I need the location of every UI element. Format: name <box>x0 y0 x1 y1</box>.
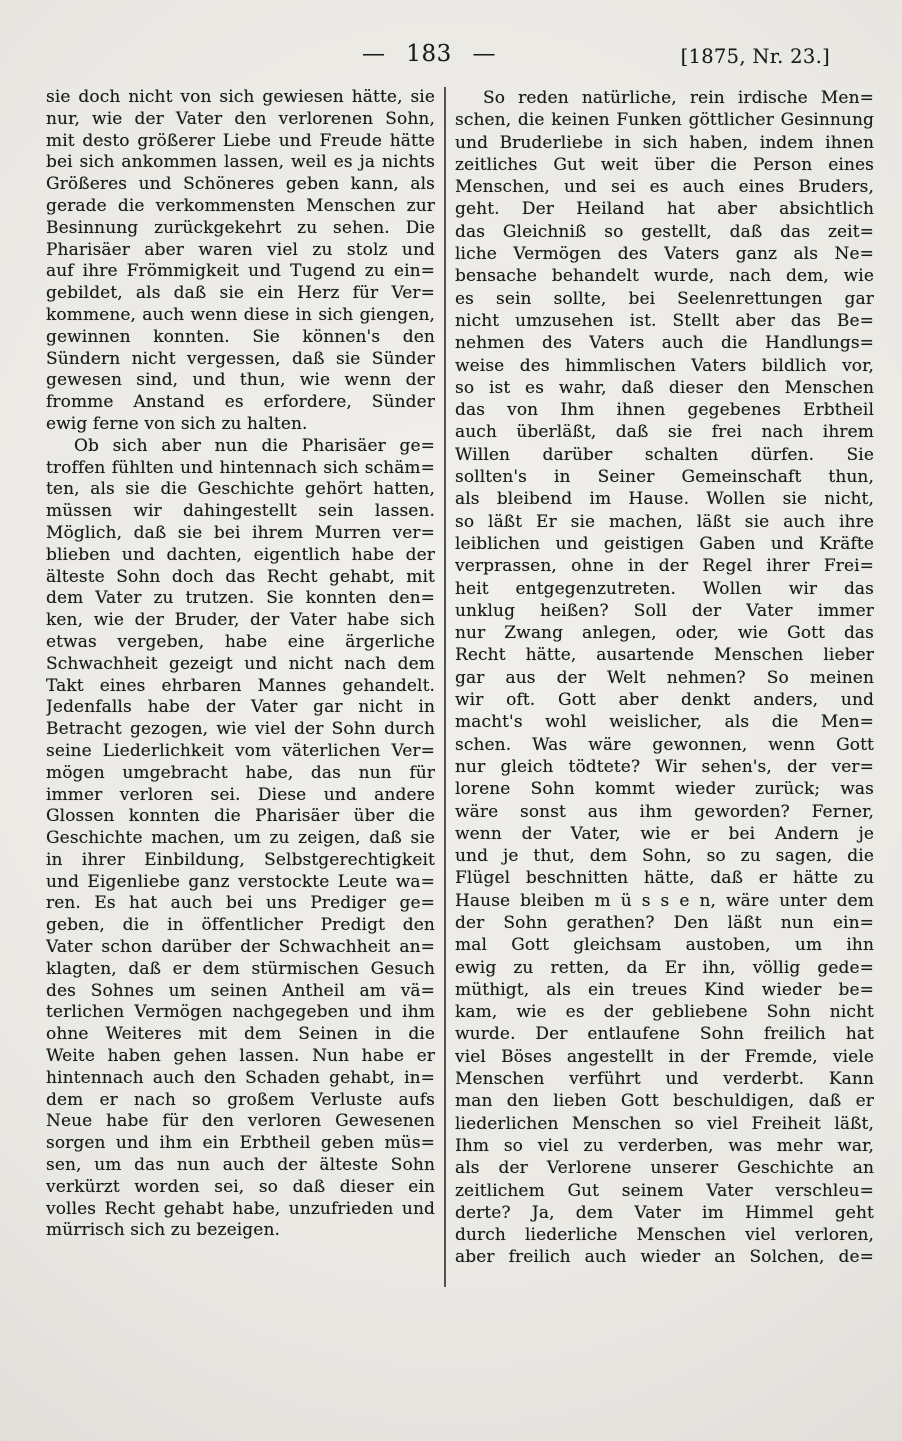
text-line: geben, die in öffentlicher Predigt den <box>46 915 435 937</box>
left-text-column: sie doch nicht von sich gewiesen hätte, … <box>46 87 435 1242</box>
text-line: Besinnung zurückgekehrt zu sehen. Die <box>46 218 435 240</box>
text-line: auf ihre Frömmigkeit und Tugend zu ein= <box>46 261 435 283</box>
text-line: liche Vermögen des Vaters ganz als Ne= <box>455 243 874 265</box>
text-line: das Gleichniß so gestellt, daß das zeit= <box>455 221 874 243</box>
text-line: fromme Anstand es erfordere, Sünder <box>46 392 435 414</box>
text-line: blieben und dachten, eigentlich habe der <box>46 545 435 567</box>
text-line: zeitlichem Gut seinem Vater verschleu= <box>455 1180 874 1202</box>
text-line: viel Böses angestellt in der Fremde, vie… <box>455 1046 874 1068</box>
text-line: wenn der Vater, wie er bei Andern je <box>455 823 874 845</box>
text-line: klagten, daß er dem stürmischen Gesuch <box>46 959 435 981</box>
text-line: und Eigenliebe ganz verstockte Leute wa= <box>46 872 435 894</box>
text-line: schen. Was wäre gewonnen, wenn Gott <box>455 734 874 756</box>
text-line: Geschichte machen, um zu zeigen, daß sie <box>46 828 435 850</box>
text-line: mögen umgebracht habe, das nun für <box>46 763 435 785</box>
text-line: seine Liederlichkeit vom väterlichen Ver… <box>46 741 435 763</box>
text-line: lorene Sohn kommt wieder zurück; was <box>455 778 874 800</box>
text-line: Größeres und Schöneres geben kann, als <box>46 174 435 196</box>
column-divider-rule <box>444 87 446 1287</box>
paragraph: So reden natürliche, rein irdische Men=s… <box>455 87 874 1269</box>
text-line: kommene, auch wenn diese in sich giengen… <box>46 305 435 327</box>
text-line: mal Gott gleichsam austoben, um ihn <box>455 934 874 956</box>
issue-reference: [1875, Nr. 23.] <box>681 45 830 68</box>
text-line: Jedenfalls habe der Vater gar nicht in <box>46 697 435 719</box>
text-line: als bleibend im Hause. Wollen sie nicht, <box>455 488 874 510</box>
text-line: ren. Es hat auch bei uns Prediger ge= <box>46 893 435 915</box>
text-line: mürrisch sich zu bezeigen. <box>46 1220 435 1242</box>
text-line: bensache behandelt wurde, nach dem, wie <box>455 265 874 287</box>
text-line: weise des himmlischen Vaters bildlich vo… <box>455 355 874 377</box>
text-line: als der Verlorene unserer Geschichte an <box>455 1157 874 1179</box>
text-line: Takt eines ehrbaren Mannes gehandelt. <box>46 676 435 698</box>
text-line: schen, die keinen Funken göttlicher Gesi… <box>455 109 874 131</box>
text-line: Flügel beschnitten hätte, daß er hätte z… <box>455 867 874 889</box>
text-line: terlichen Vermögen nachgegeben und ihm <box>46 1002 435 1024</box>
text-line: bei sich ankommen lassen, weil es ja nic… <box>46 152 435 174</box>
text-line: Ihm so viel zu verderben, was mehr war, <box>455 1135 874 1157</box>
text-line: Weite haben gehen lassen. Nun habe er <box>46 1046 435 1068</box>
text-line: nur gleich tödtete? Wir sehen's, der ver… <box>455 756 874 778</box>
text-line: Hause bleiben m ü s s e n, wäre unter de… <box>455 890 874 912</box>
text-line: nicht umzusehen ist. Stellt aber das Be= <box>455 310 874 332</box>
text-line: etwas vergeben, habe eine ärgerliche <box>46 632 435 654</box>
text-line: man den lieben Gott beschuldigen, daß er <box>455 1090 874 1112</box>
text-line: Möglich, daß sie bei ihrem Murren ver= <box>46 523 435 545</box>
text-line: das von Ihm ihnen gegebenes Erbtheil <box>455 399 874 421</box>
text-line: heit entgegenzutreten. Wollen wir das <box>455 578 874 600</box>
text-line: nur Zwang anlegen, oder, wie Gott das <box>455 622 874 644</box>
text-line: nur, wie der Vater den verlorenen Sohn, <box>46 109 435 131</box>
text-line: in ihrer Einbildung, Selbstgerechtigkeit <box>46 850 435 872</box>
text-line: Glossen konnten die Pharisäer über die <box>46 806 435 828</box>
text-line: ewig zu retten, da Er ihn, völlig gede= <box>455 957 874 979</box>
text-line: unklug heißen? Soll der Vater immer <box>455 600 874 622</box>
text-line: der Sohn gerathen? Den läßt nun ein= <box>455 912 874 934</box>
text-line: älteste Sohn doch das Recht gehabt, mit <box>46 567 435 589</box>
text-line: kam, wie es der gebliebene Sohn nicht <box>455 1001 874 1023</box>
paragraph: Ob sich aber nun die Pharisäer ge=troffe… <box>46 436 435 1242</box>
text-line: gewesen sind, und thun, wie wenn der <box>46 370 435 392</box>
text-line: Ob sich aber nun die Pharisäer ge= <box>46 436 435 458</box>
text-line: gebildet, als daß sie ein Herz für Ver= <box>46 283 435 305</box>
text-line: wäre sonst aus ihm geworden? Ferner, <box>455 801 874 823</box>
text-line: des Sohnes um seinen Antheil am vä= <box>46 981 435 1003</box>
text-line: verprassen, ohne in der Regel ihrer Frei… <box>455 555 874 577</box>
text-line: wir oft. Gott aber denkt anders, und <box>455 689 874 711</box>
text-line: Schwachheit gezeigt und nicht nach dem <box>46 654 435 676</box>
page-number: — 183 — <box>362 41 496 67</box>
text-line: ten, als sie die Geschichte gehört hatte… <box>46 479 435 501</box>
text-line: ewig ferne von sich zu halten. <box>46 414 435 436</box>
paragraph: sie doch nicht von sich gewiesen hätte, … <box>46 87 435 436</box>
text-line: derte? Ja, dem Vater im Himmel geht <box>455 1202 874 1224</box>
text-line: verkürzt worden sei, so daß dieser ein <box>46 1177 435 1199</box>
text-line: sorgen und ihm ein Erbtheil geben müs= <box>46 1133 435 1155</box>
text-line: hintennach auch den Schaden gehabt, in= <box>46 1068 435 1090</box>
text-line: geht. Der Heiland hat aber absichtlich <box>455 198 874 220</box>
text-line: Sündern nicht vergessen, daß sie Sünder <box>46 349 435 371</box>
text-line: macht's wohl weislicher, als die Men= <box>455 711 874 733</box>
text-line: so läßt Er sie machen, läßt sie auch ihr… <box>455 511 874 533</box>
text-line: troffen fühlten und hintennach sich schä… <box>46 458 435 480</box>
text-line: Menschen, und sei es auch eines Bruders, <box>455 176 874 198</box>
text-line: sen, um das nun auch der älteste Sohn <box>46 1155 435 1177</box>
text-line: wurde. Der entlaufene Sohn freilich hat <box>455 1023 874 1045</box>
text-line: Willen darüber schalten dürfen. Sie <box>455 444 874 466</box>
text-line: sie doch nicht von sich gewiesen hätte, … <box>46 87 435 109</box>
text-line: müthigt, als ein treues Kind wieder be= <box>455 979 874 1001</box>
text-line: gewinnen konnten. Sie können's den <box>46 327 435 349</box>
text-line: Menschen verführt und verderbt. Kann <box>455 1068 874 1090</box>
text-line: nehmen des Vaters auch die Handlungs= <box>455 332 874 354</box>
text-line: Pharisäer aber waren viel zu stolz und <box>46 240 435 262</box>
text-line: dem Vater zu trutzen. Sie konnten den= <box>46 588 435 610</box>
text-line: Neue habe für den verloren Gewesenen <box>46 1111 435 1133</box>
text-line: gar aus der Welt nehmen? So meinen <box>455 667 874 689</box>
text-line: aber freilich auch wieder an Solchen, de… <box>455 1246 874 1268</box>
text-line: So reden natürliche, rein irdische Men= <box>455 87 874 109</box>
text-line: so ist es wahr, daß dieser den Menschen <box>455 377 874 399</box>
text-line: und je thut, dem Sohn, so zu sagen, die <box>455 845 874 867</box>
text-line: zeitliches Gut weit über die Person eine… <box>455 154 874 176</box>
text-line: dem er nach so großem Verluste aufs <box>46 1090 435 1112</box>
text-line: mit desto größerer Liebe und Freude hätt… <box>46 131 435 153</box>
text-line: Vater schon darüber der Schwachheit an= <box>46 937 435 959</box>
text-line: ken, wie der Bruder, der Vater habe sich <box>46 610 435 632</box>
text-line: es sein sollte, bei Seelenrettungen gar <box>455 288 874 310</box>
text-line: ohne Weiteres mit dem Seinen in die <box>46 1024 435 1046</box>
page-header: — 183 — [1875, Nr. 23.] <box>0 0 902 80</box>
text-line: Betracht gezogen, wie viel der Sohn durc… <box>46 719 435 741</box>
text-line: leiblichen und geistigen Gaben und Kräft… <box>455 533 874 555</box>
right-text-column: So reden natürliche, rein irdische Men=s… <box>455 87 874 1269</box>
text-line: durch liederliche Menschen viel verloren… <box>455 1224 874 1246</box>
document-page: — 183 — [1875, Nr. 23.] sie doch nicht v… <box>0 0 902 1441</box>
text-line: liederlichen Menschen so viel Freiheit l… <box>455 1113 874 1135</box>
text-line: Recht hätte, ausartende Menschen lieber <box>455 644 874 666</box>
text-line: immer verloren sei. Diese und andere <box>46 785 435 807</box>
text-columns: sie doch nicht von sich gewiesen hätte, … <box>46 87 874 1287</box>
text-line: und Bruderliebe in sich haben, indem ihn… <box>455 132 874 154</box>
text-line: auch überläßt, daß sie frei nach ihrem <box>455 421 874 443</box>
text-line: volles Recht gehabt habe, unzufrieden un… <box>46 1199 435 1221</box>
text-line: sollten's in Seiner Gemeinschaft thun, <box>455 466 874 488</box>
text-line: müssen wir dahingestellt sein lassen. <box>46 501 435 523</box>
text-line: gerade die verkommensten Menschen zur <box>46 196 435 218</box>
